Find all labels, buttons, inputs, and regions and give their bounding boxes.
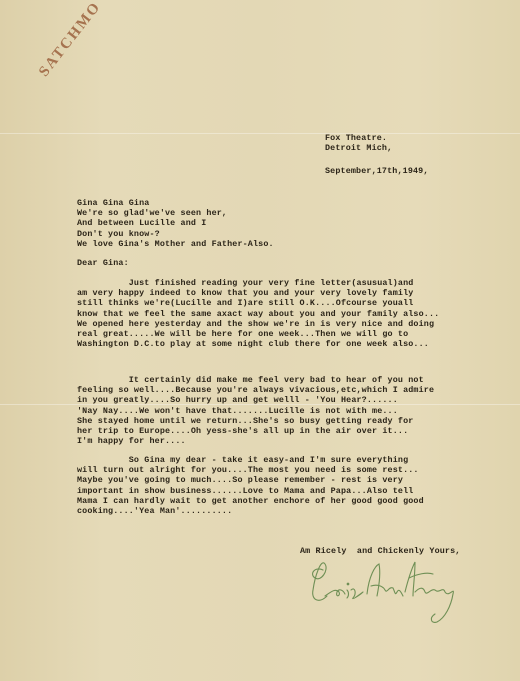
salutation: Dear Gina: — [77, 258, 129, 268]
letter-paper: SATCHMO Fox Theatre. Detroit Mich, Septe… — [0, 0, 520, 681]
opening-verse: Gina Gina Gina We're so glad'we've seen … — [77, 198, 274, 249]
paragraph-2: It certainly did make me feel very bad t… — [77, 375, 434, 446]
letter-date: September,17th,1949, — [325, 166, 429, 176]
fold-line — [0, 133, 520, 134]
signature-louis-armstrong — [305, 556, 475, 626]
paragraph-3: So Gina my dear - take it easy-and I'm s… — [77, 455, 424, 516]
paragraph-1: Just finished reading your very fine let… — [77, 278, 439, 349]
theatre-address: Fox Theatre. Detroit Mich, — [325, 133, 392, 153]
closing: Am Ricely and Chickenly Yours, — [300, 546, 460, 556]
satchmo-stamp: SATCHMO — [36, 0, 105, 80]
